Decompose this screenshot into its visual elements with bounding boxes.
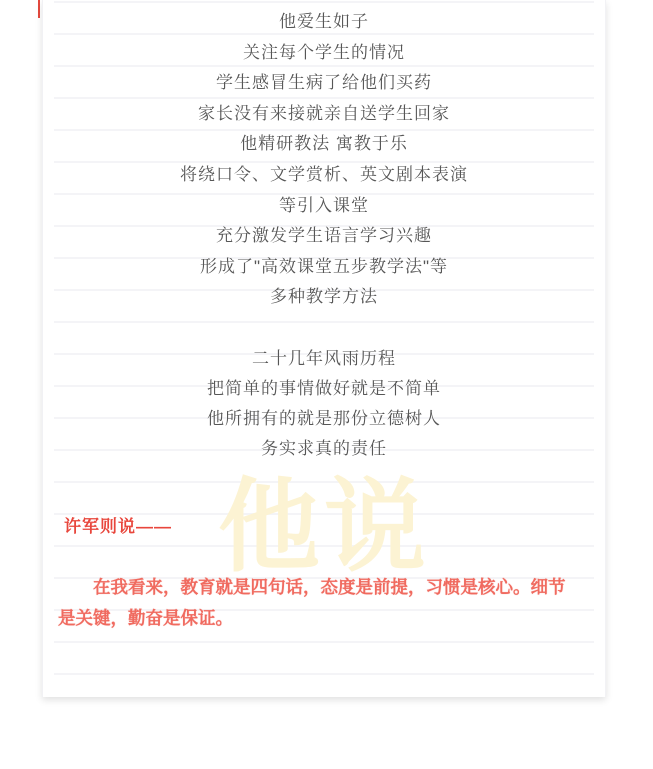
text-line: 形成了"高效课堂五步教学法"等 (43, 252, 605, 283)
text-line: 家长没有来接就亲自送学生回家 (43, 99, 605, 130)
text-line: 把简单的事情做好就是不简单 (43, 374, 605, 404)
speaker-heading: 许军则说—— (64, 512, 172, 537)
red-marker (38, 0, 40, 18)
text-line: 将绕口令、文学赏析、英文剧本表演 (43, 160, 605, 191)
text-line: 关注每个学生的情况 (43, 38, 605, 69)
article-card: 他说 他爱生如子 关注每个学生的情况 学生感冒生病了给他们买药 家长没有来接就亲… (42, 0, 606, 697)
quote-paragraph: 在我看来，教育就是四句话，态度是前提，习惯是核心。细节是关键，勤奋是保证。 (58, 572, 574, 634)
text-line: 二十几年风雨历程 (43, 344, 605, 374)
text-line: 他所拥有的就是那份立德树人 (43, 404, 605, 434)
text-line: 等引入课堂 (43, 191, 605, 222)
section-career: 二十几年风雨历程 把简单的事情做好就是不简单 他所拥有的就是那份立德树人 务实求… (43, 344, 605, 464)
text-line: 他精研教法 寓教于乐 (43, 129, 605, 160)
text-line: 多种教学方法 (43, 282, 605, 313)
text-line: 充分激发学生语言学习兴趣 (43, 221, 605, 252)
section-teaching: 他爱生如子 关注每个学生的情况 学生感冒生病了给他们买药 家长没有来接就亲自送学… (43, 7, 605, 313)
text-line: 学生感冒生病了给他们买药 (43, 68, 605, 99)
text-line: 务实求真的责任 (43, 434, 605, 464)
article-page: 他说 他爱生如子 关注每个学生的情况 学生感冒生病了给他们买药 家长没有来接就亲… (0, 0, 653, 769)
text-line: 他爱生如子 (43, 7, 605, 38)
